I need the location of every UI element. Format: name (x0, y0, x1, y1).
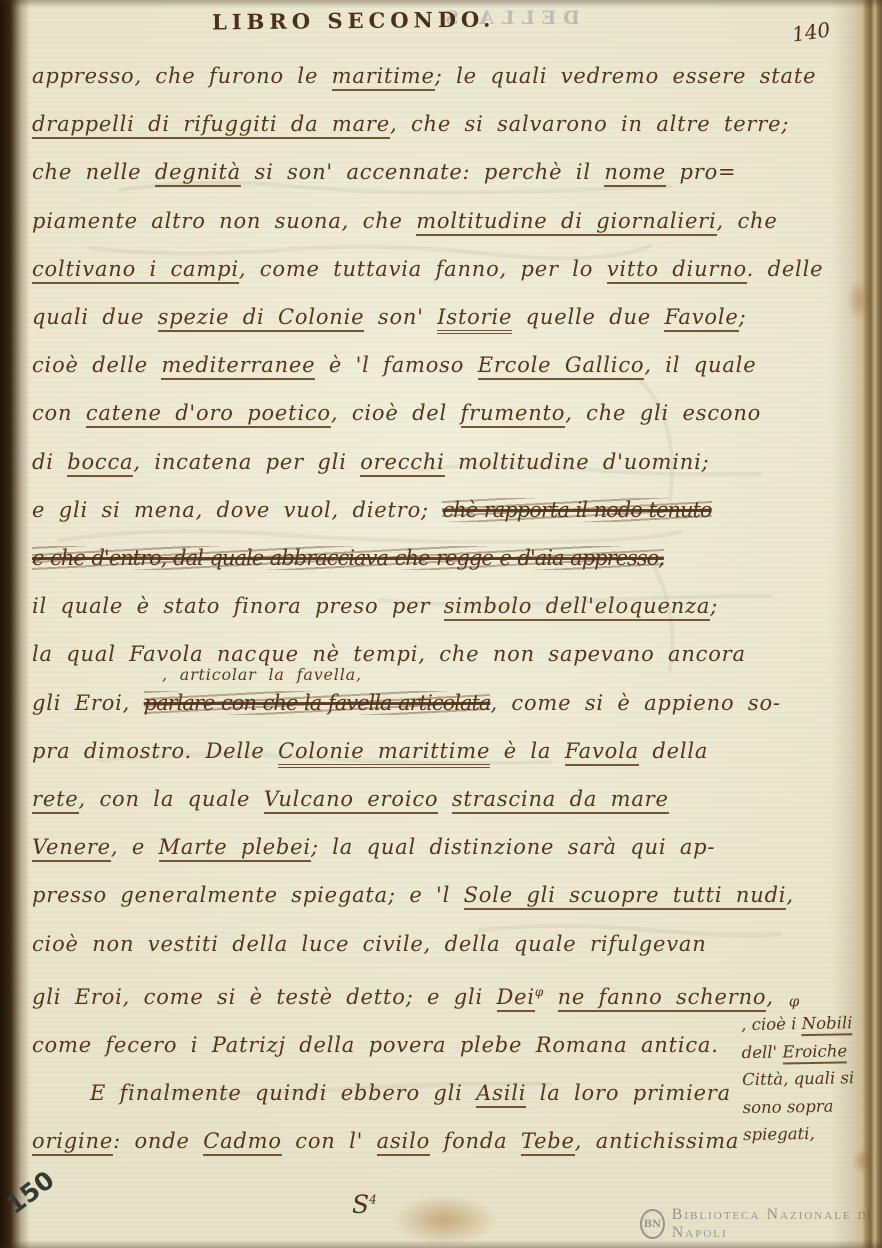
manuscript-line: E finalmente quindi ebbero gli Asili la … (32, 1069, 780, 1117)
manuscript-text-segment: E finalmente quindi ebbero gli (90, 1081, 476, 1105)
signature-exponent: 4 (369, 1193, 377, 1207)
manuscript-text-segment: maritime (332, 64, 435, 91)
manuscript-line: quali due spezie di Colonie son' Istorie… (32, 293, 780, 341)
manuscript-text-segment: presso generalmente spiegata; e 'l (32, 883, 464, 907)
manuscript-text-segment: coltivano i campi (32, 257, 239, 284)
manuscript-text-segment: fonda (430, 1129, 521, 1153)
manuscript-line: gli Eroi, parlare con che la favella art… (32, 679, 780, 727)
manuscript-text-segment: Marte plebei (159, 835, 311, 862)
manuscript-text-segment: gli Eroi, (32, 691, 144, 715)
margin-note-line: spiegati, (743, 1119, 877, 1149)
manuscript-text-segment: asilo (377, 1129, 430, 1156)
manuscript-text-segment: catene d'oro poetico (86, 401, 331, 428)
manuscript-text-segment: sono sopra (742, 1096, 833, 1117)
manuscript-line: gli Eroi, come si è testè detto; e gli D… (32, 968, 780, 1021)
page-number: 140 (791, 17, 832, 46)
manuscript-line: di bocca, incatena per gli orecchi molti… (32, 438, 780, 486)
manuscript-text-segment: , il quale (644, 353, 756, 377)
manuscript-line: coltivano i campi, come tuttavia fanno, … (32, 245, 780, 293)
manuscript-text-segment: : onde (113, 1129, 203, 1153)
manuscript-text-segment: appresso, che furono le (32, 64, 332, 88)
manuscript-text-segment: ; (739, 305, 747, 329)
manuscript-text-segment: Favola (565, 739, 639, 766)
manuscript-text-segment: dell' (742, 1042, 783, 1062)
manuscript-text-segment: mediterranee (161, 353, 315, 380)
manuscript-line: piamente altro non suona, che moltitudin… (32, 197, 780, 245)
manuscript-text-segment: , come si è appieno so- (490, 691, 780, 715)
crossed-out-text: chè rapporta il nodo tenuto (442, 498, 711, 522)
manuscript-text-segment: quelle due (512, 305, 664, 329)
manuscript-text-segment: moltitudine d'uomini; (445, 450, 710, 474)
manuscript-text-segment: della (639, 739, 708, 763)
manuscript-text-segment: bocca (67, 450, 133, 477)
manuscript-text-segment: . delle (747, 257, 824, 281)
manuscript-text-segment: , che gli escono (565, 401, 761, 425)
manuscript-text-segment: orecchi (360, 450, 444, 477)
manuscript-text-segment: la qual Favola nacque nè tempi, che non … (32, 642, 746, 666)
manuscript-text-segment: strascina da mare (452, 787, 669, 814)
manuscript-text-segment: , che si salvarono in altre terre; (390, 112, 789, 136)
manuscript-text-segment: pro= (666, 160, 736, 184)
manuscript-text-segment: , con la quale (79, 787, 264, 811)
manuscript-text-segment: degnità (155, 160, 241, 187)
manuscript-text-segment: nome (604, 160, 666, 187)
signature-mark: S4 (352, 1190, 377, 1219)
manuscript-text-segment: Asili (476, 1081, 526, 1108)
margin-note: φ , cioè i Nobilidell' EroicheCittà, qua… (741, 991, 878, 1149)
edge-stain-2 (852, 1148, 874, 1174)
library-stamp-text: Biblioteca Nazionale di Napoli (672, 1206, 882, 1242)
margin-note-key-mark: φ (741, 991, 875, 1011)
manuscript-text-segment: quali due (32, 305, 158, 329)
manuscript-text-segment: con (32, 401, 86, 425)
manuscript-text-segment: drappelli di rifuggiti da mare (32, 112, 390, 139)
manuscript-text-segment: Dei (497, 985, 535, 1012)
manuscript-text-segment: Cadmo (203, 1129, 282, 1156)
manuscript-text-segment (544, 985, 557, 1009)
manuscript-text-segment: Tebe (521, 1129, 575, 1156)
manuscript-line: come fecero i Patrizj della povera plebe… (32, 1021, 780, 1069)
manuscript-text-segment: , antichissima (575, 1129, 739, 1153)
manuscript-line: pra dimostro. Delle Colonie marittime è … (32, 727, 780, 775)
manuscript-text-segment: che nelle (32, 160, 155, 184)
edge-stain (846, 280, 872, 320)
manuscript-text-segment: ; le quali vedremo essere state (435, 64, 817, 88)
manuscript-text-segment: , incatena per gli (133, 450, 360, 474)
page-title: LIBRO SECONDO. (212, 7, 496, 35)
manuscript-text-segment: la loro primiera (526, 1081, 731, 1105)
manuscript-text-segment: vitto diurno (607, 257, 747, 284)
manuscript-line: origine: onde Cadmo con l' asilo fonda T… (32, 1117, 780, 1165)
manuscript-line: che nelle degnità si son' accennate: per… (32, 148, 780, 196)
manuscript-text-segment: origine (32, 1129, 113, 1156)
manuscript-text-segment: piamente altro non suona, che (32, 209, 416, 233)
signature-letter: S (352, 1190, 369, 1219)
manuscript-line: drappelli di rifuggiti da mare, che si s… (32, 100, 780, 148)
manuscript-text-segment: , (786, 883, 793, 907)
manuscript-text-segment: Venere (32, 835, 111, 862)
manuscript-text-segment: , e (111, 835, 159, 859)
manuscript-text-segment: Istorie (437, 305, 512, 334)
manuscript-text-segment: cioè delle (32, 353, 161, 377)
manuscript-text-segment (438, 787, 451, 811)
manuscript-text-segment: son' (364, 305, 437, 329)
manuscript-text-segment: è la (490, 739, 565, 763)
manuscript-line: cioè delle mediterranee è 'l famoso Erco… (32, 341, 780, 389)
manuscript-text-segment: rete (32, 787, 79, 814)
manuscript-text-segment: frumento (461, 401, 566, 428)
manuscript-text-segment: con l' (282, 1129, 377, 1153)
manuscript-text-segment: Ercole Gallico (478, 353, 645, 380)
manuscript-line: e che d'entro, dal quale abbracciava che… (32, 534, 780, 582)
manuscript-text-segment: , cioè i (741, 1014, 802, 1034)
manuscript-line: presso generalmente spiegata; e 'l Sole … (32, 871, 780, 919)
manuscript-text-segment: , che (717, 209, 778, 233)
manuscript-text-segment: pra dimostro. Delle (32, 739, 278, 763)
manuscript-line: con catene d'oro poetico, cioè del frume… (32, 389, 780, 437)
manuscript-text-segment: Sole gli scuopre tutti nudi (464, 883, 787, 910)
manuscript-text-segment: Vulcano eroico (264, 787, 439, 814)
manuscript-line: la qual Favola nacque nè tempi, che non … (32, 630, 780, 678)
manuscript-text-segment: moltitudine di giornalieri (416, 209, 716, 236)
manuscript-body: appresso, che furono le maritime; le qua… (32, 52, 780, 1166)
manuscript-text-segment: Favole (664, 305, 738, 332)
manuscript-text-segment: Città, quali si (742, 1068, 854, 1089)
manuscript-line: rete, con la quale Vulcano eroico strasc… (32, 775, 780, 823)
manuscript-text-segment: ; la qual distinzione sarà qui ap- (311, 835, 715, 859)
ink-stain (392, 1194, 497, 1246)
manuscript-line: Venere, e Marte plebei; la qual distinzi… (32, 823, 780, 871)
margin-note-lines: , cioè i Nobilidell' EroicheCittà, quali… (741, 1009, 877, 1149)
manuscript-text-segment: gli Eroi, come si è testè detto; e gli (32, 985, 497, 1009)
manuscript-line: e gli si mena, dove vuol, dietro; chè ra… (32, 486, 780, 534)
manuscript-text-segment: come fecero i Patrizj della povera plebe… (32, 1033, 719, 1057)
manuscript-text-segment: di (32, 450, 67, 474)
crossed-out-text: parlare con che la favella articolata (144, 691, 491, 715)
manuscript-text-segment: Nobili (802, 1013, 853, 1036)
manuscript-text-segment: e gli si mena, dove vuol, dietro; (32, 498, 442, 522)
library-watermark: BN Biblioteca Nazionale di Napoli (640, 1206, 882, 1242)
manuscript-text-segment: cioè non vestiti della luce civile, dell… (32, 932, 707, 956)
manuscript-text-segment: ; (710, 594, 718, 618)
manuscript-line: appresso, che furono le maritime; le qua… (32, 52, 780, 100)
manuscript-text-segment: ne fanno scherno (558, 985, 767, 1012)
manuscript-text-segment: il quale è stato finora preso per (32, 594, 444, 618)
manuscript-text-segment: è 'l famoso (315, 353, 477, 377)
manuscript-text-segment: Eroiche (782, 1041, 847, 1064)
manuscript-line: cioè non vestiti della luce civile, dell… (32, 920, 780, 968)
crossed-out-text: e che d'entro, dal quale abbracciava che… (32, 546, 664, 570)
manuscript-line: il quale è stato finora preso per simbol… (32, 582, 780, 630)
library-stamp-icon: BN (640, 1209, 665, 1239)
manuscript-text-segment: spiegati, (743, 1124, 815, 1144)
manuscript-scan: DELLA S LIBRO SECONDO. 140 appresso, che… (0, 0, 882, 1248)
margin-note-line: , cioè i Nobili (741, 1009, 875, 1039)
manuscript-text-segment: spezie di Colonie (158, 305, 365, 332)
manuscript-text-segment: Colonie marittime (278, 739, 490, 768)
manuscript-text-segment: , come tuttavia fanno, per lo (239, 257, 607, 281)
binding-gutter (0, 0, 30, 1248)
margin-note-line: dell' Eroiche (741, 1036, 875, 1066)
manuscript-text-segment: , cioè del (331, 401, 461, 425)
manuscript-text-segment: simbolo dell'eloquenza (444, 594, 711, 621)
margin-note-line: sono sopra (742, 1091, 876, 1121)
manuscript-text-segment: si son' accennate: perchè il (241, 160, 604, 184)
margin-note-line: Città, quali si (742, 1064, 876, 1094)
manuscript-text-segment: φ (535, 985, 544, 999)
